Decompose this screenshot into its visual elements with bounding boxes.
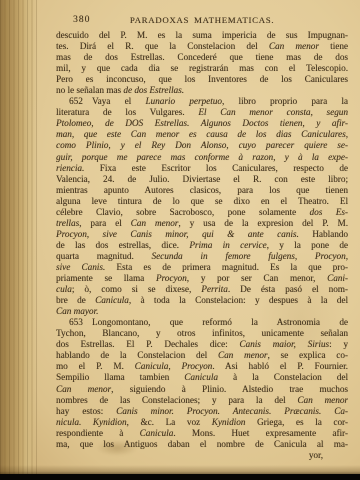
text-line: Can mayor. [56, 306, 348, 317]
body-text: descuido del P. M. es la suma impericia … [56, 30, 348, 450]
text-line: guir, porque me parece mas conforme à ra… [56, 152, 348, 163]
running-title: PARADOXAS MATHEMATICAS. [56, 13, 348, 26]
text-line: hay estos: Canis minor. Procyon. Antecan… [56, 406, 348, 417]
text-line: Valencia, 24. de Julio. Diviertase el R.… [56, 174, 348, 185]
text-line: 653 Longomontano, que reformó la Astrono… [56, 317, 348, 328]
text-line: Ptolomeo, de DOS Estrellas. Algunos Doct… [56, 118, 348, 129]
catchword: yor, [56, 450, 348, 461]
text-line: mas de dos Estrellas. Concederé que tien… [56, 52, 348, 63]
text-line: hablando de la Constelacion del Can meno… [56, 350, 348, 361]
text-line: célebre Clavio, sobre Sacrobosco, pone s… [56, 207, 348, 218]
text-line: priamente se llama Procyon, y por ser Ca… [56, 273, 348, 284]
text-line: man, que este Can menor es causa de los … [56, 129, 348, 140]
text-line: quarta magnitud. Secunda in femore fulge… [56, 251, 348, 262]
text-line: descuido del P. M. es la suma impericia … [56, 30, 348, 41]
scan-background: 380 PARADOXAS MATHEMATICAS. descuido del… [0, 0, 360, 480]
text-line: dos Estrellas. El P. Dechales dice: Cani… [56, 339, 348, 350]
text-line: mientras apunto Autores clasicos, para l… [56, 185, 348, 196]
running-head: 380 PARADOXAS MATHEMATICAS. [56, 13, 348, 30]
text-line: nicula. Kynidion, &c. La voz Kynidion Gr… [56, 417, 348, 428]
text-line: bre de Canicula, à toda la Constelacion:… [56, 295, 348, 306]
book-page: 380 PARADOXAS MATHEMATICAS. descuido del… [0, 0, 360, 474]
text-line: mil, y que cada dia se registrarán mas c… [56, 63, 348, 74]
text-line: Tychon, Blancano, y otros infinitos, uni… [56, 328, 348, 339]
text-line: trellas, para el Can menor, y usa de la … [56, 218, 348, 229]
text-line: alguna leve tintura de lo que se dixo en… [56, 196, 348, 207]
text-line: tes. Dirá el R. que la Constelacion del … [56, 41, 348, 52]
text-line: Pero es inconcuso, que los Inventores de… [56, 74, 348, 85]
text-line: mo el P. M. Canicula, Procyon. Asi habló… [56, 361, 348, 372]
text-line: literatura de los Vulgares. El Can menor… [56, 107, 348, 118]
text-line: respondiente à Canicula. Mons. Huet expr… [56, 428, 348, 439]
text-line: cula; ò, como si se dixese, Perrita. De … [56, 284, 348, 295]
text-line: 652 Vaya el Lunario perpetuo, libro prop… [56, 96, 348, 107]
text-line: ma, que los Antiguos daban el nombre de … [56, 439, 348, 450]
text-line: Can menor, siguiendo à Plinio. Alstedio … [56, 384, 348, 395]
text-line: Sempilio llama tambien Canicula à la Con… [56, 372, 348, 383]
text-line: nombres de las Constelaciones; y para la… [56, 395, 348, 406]
page-content: 380 PARADOXAS MATHEMATICAS. descuido del… [56, 13, 348, 461]
text-line: no le señalan mas de dos Estrellas. [56, 85, 348, 96]
text-line: de las dos estrellas, dice. Prima in cer… [56, 240, 348, 251]
text-line: como Plinio, y el Rey Don Alonso, cuyo p… [56, 140, 348, 151]
page-number: 380 [73, 14, 90, 25]
text-line: Procyon, sive Canis minor, qui & ante ca… [56, 229, 348, 240]
text-line: riencia. Fixa este Escritor los Canicula… [56, 163, 348, 174]
binding-gutter-shadow [0, 0, 38, 474]
text-line: sive Canis. Esta es de primera magnitud.… [56, 262, 348, 273]
